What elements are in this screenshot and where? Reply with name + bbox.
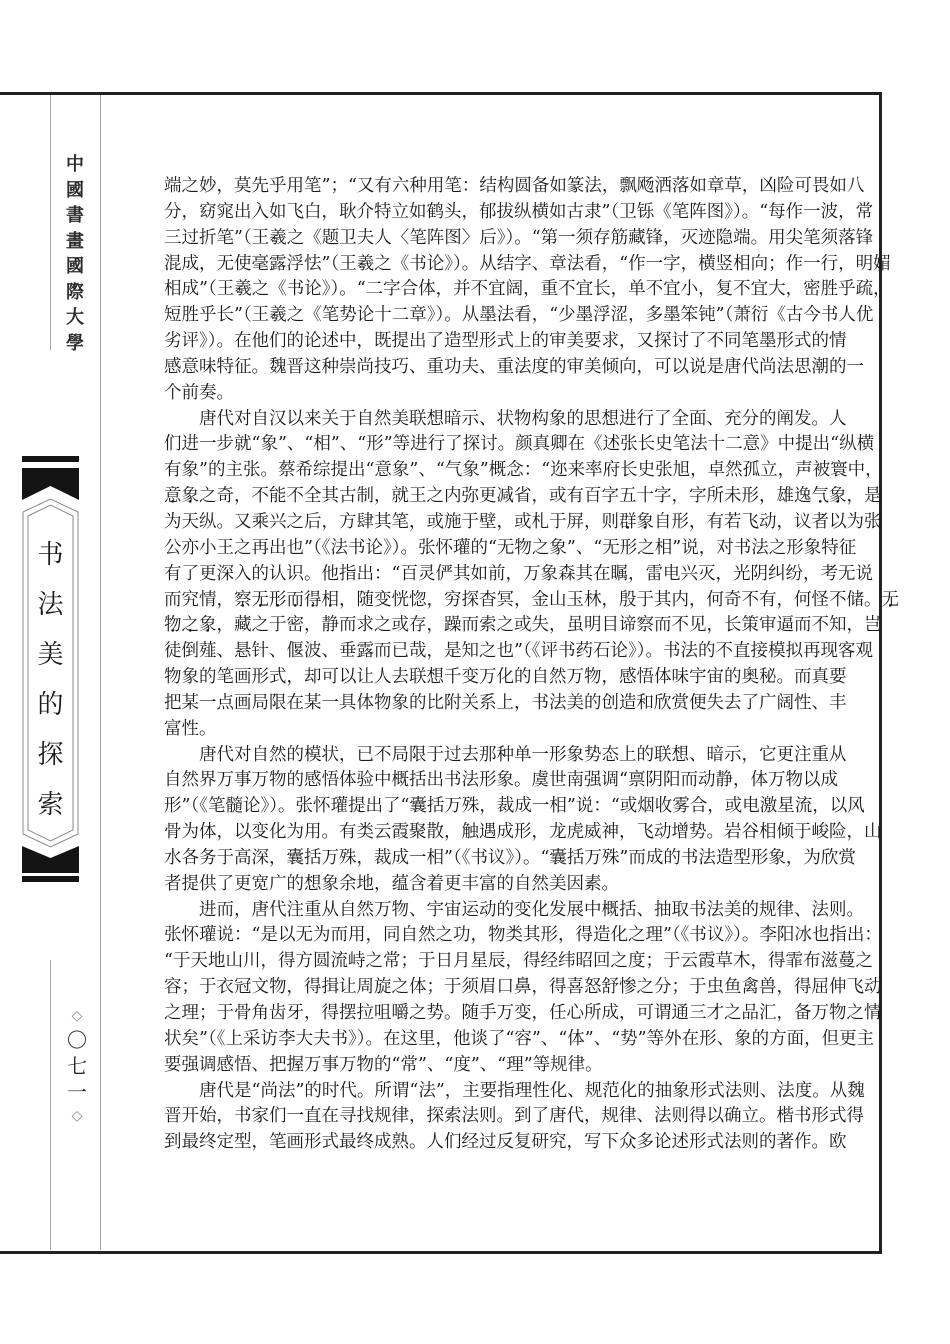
text-line: 物象的笔画形式，却可以让人去联想千变万化的自然万物，感悟体味宇宙的奥秘。而真要 [164,665,816,691]
text-line: 进而，唐代注重从自然万物、宇宙运动的变化发展中概括、抽取书法美的规律、法则。 [164,898,816,924]
text-segment: ，随变恍惚，穷探杳冥，金山玉林，殷于其内，何奇不有，何怪不储。 [339,590,882,610]
sidebar-divider [100,95,101,1250]
emphasized-char: 形 [269,590,287,610]
text-line: 富性。 [164,717,816,743]
text-line: 自然界万事万物的感悟体验中概括出书法形象。虞世南强调“禀阴阳而动静，体万物以成 [164,768,816,794]
text-line: 混成，无使毫露浮怯”（王羲之《书论》）。从结字、章法看，“作一字，横竖相向；作一… [164,252,816,278]
text-line: 容；于衣冠文物，得揖让周旋之体；于须眉口鼻，得喜怒舒惨之分；于虫鱼禽兽，得屈伸飞… [164,975,816,1001]
text-line: 状矣”（《上采访李大夫书》）。在这里，他谈了“容”、“体”、“势”等外在形、象的… [164,1027,816,1053]
text-line: 意象之奇，不能不全其古制，就王之内弥更减省，或有百字五十字，字所未形，雄逸气象，… [164,484,816,510]
emphasized-char: 无 [252,590,270,610]
text-line: 张怀瓘说：“是以无为而用，同自然之功，物类其形，得造化之理”（《书议》）。李阳冰… [164,923,816,949]
text-line: 水各务于高深，囊括万殊，裁成一相”（《书议》）。“囊括万殊”而成的书法造型形象，… [164,846,816,872]
diamond-icon: ◇ [62,1105,92,1127]
sidebar-rule-top [50,95,51,350]
emphasized-char: 象 [182,486,200,506]
emphasized-char: 察 [234,590,252,610]
emphasized-char: 而 [287,590,305,610]
page-digit: 七 [62,1053,92,1079]
emphasized-char: 相 [322,590,340,610]
text-line: 者提供了更宽广的想象余地，蕴含着更丰富的自然美因素。 [164,872,816,898]
title-char: 索 [22,780,79,830]
text-line: 端之妙，莫先乎用笔”；“又有六种用笔：结构圆备如篆法，飘飏洒落如章草，凶险可畏如… [164,174,816,200]
school-char: 畫 [62,229,88,255]
title-char: 探 [22,730,79,780]
text-line: 而究情，察无形而得相，随变恍惚，穷探杳冥，金山玉林，殷于其内，何奇不有，何怪不储… [164,588,816,614]
school-char: 際 [62,280,88,306]
school-char: 中 [62,152,88,178]
emphasized-char: 象 [637,512,655,532]
title-char: 美 [22,630,79,680]
text-segment: 而究情， [164,590,234,610]
page-digit: 一 [62,1079,92,1105]
text-line: 个前奏。 [164,381,816,407]
body-text: 端之妙，莫先乎用笔”；“又有六种用笔：结构圆备如篆法，飘飏洒落如章草，凶险可畏如… [164,174,816,1156]
text-line: 物之象，藏之于密，静而求之或存，躁而索之或失，虽明目谛察而不见，长策审逼而不知，… [164,613,816,639]
text-line: 劣评》）。在他们的论述中，既提出了造型形式上的审美要求，又探讨了不同笔墨形式的情 [164,329,816,355]
text-segment: ，藏之于密，静而求之或存，躁而索之或失，虽明目谛察而不见，长策审逼而不知，岂 [217,615,882,635]
text-line: 分，窈窕出入如飞白，耿介特立如鹤头，郁拔纵横如古隶”（卫铄《笔阵图》）。“每作一… [164,200,816,226]
text-line: 公亦小王之再出也”（《法书论》）。张怀瓘的“无物之象”、“无形之相”说，对书法之… [164,536,816,562]
title-char: 的 [22,680,79,730]
text-line: 相成”（王羲之《书论》）。“二字合体，并不宜阔，重不宜长，单不宜小，复不宜大，密… [164,277,816,303]
book-title: 书 法 美 的 探 索 [22,530,79,830]
title-cap-bar-bottom [22,876,79,882]
text-line: 短胜乎长”（王羲之《笔势论十二章》）。从墨法看，“少墨浮涩，多墨笨钝”（萧衍《古… [164,303,816,329]
text-line: 骨为体，以变化为用。有类云霞聚散，触遇成形，龙虎威神，飞动增势。岩谷相倾于峻险，… [164,820,816,846]
text-segment: ，是 [847,486,882,506]
school-char: 大 [62,305,88,331]
text-line: 有象”的主张。蔡希综提出“意象”、“气象”概念：“迩来率府长史张旭，卓然孤立，声… [164,458,816,484]
emphasized-char: 物 [164,615,182,635]
sidebar-rule-bottom [50,960,51,1250]
page-digit: 〇 [62,1027,92,1053]
text-line: 要强调感悟、把握万事万物的“常”、“度”、“理”等规律。 [164,1053,816,1079]
emphasized-char: 意 [164,486,182,506]
school-char: 書 [62,203,88,229]
school-char: 學 [62,331,88,357]
title-char: 法 [22,580,79,630]
school-char: 國 [62,178,88,204]
emphasized-char: 象 [199,615,217,635]
emphasized-char: 无 [882,590,900,610]
diamond-icon: ◇ [62,1005,92,1027]
text-line: 有了更深入的认识。他指出：“百灵俨其如前，万象森其在瞩，雷电兴灭，光阴纠纷，考无… [164,562,816,588]
text-line: 三过折笔”（王羲之《题卫夫人〈笔阵图〉后》）。“第一须存筋藏锋，灭迹隐端。用尖笔… [164,226,816,252]
emphasized-char: 得 [304,590,322,610]
emphasized-char: 象 [829,486,847,506]
text-line: 为天纵。又乘兴之后，方肆其笔，或施于壁，或札于屏，则群象自形，有若飞动，议者以为… [164,510,816,536]
text-line: “于天地山川，得方圆流峙之常；于日月星辰，得经纬昭回之度；于云霞草木，得霏布滋蔓… [164,949,816,975]
page-number: ◇ 〇 七 一 ◇ [62,1005,92,1127]
text-line: 唐代对自然的模状，已不局限于过去那种单一形象势态上的联想、暗示，它更注重从 [164,743,816,769]
school-name: 中 國 書 畫 國 際 大 學 [62,152,88,356]
text-line: 把某一点画局限在某一具体物象的比附关系上，书法美的创造和欣赏便失去了广阔性、丰 [164,691,816,717]
text-segment: 为天纵。又乘兴之后，方肆其笔，或施于壁，或札于屏，则 [164,512,619,532]
school-char: 國 [62,254,88,280]
text-line: 形”（《笔髓论》）。张怀瓘提出了“囊括万殊，裁成一相”说：“或烟收雾合，或电激星… [164,794,816,820]
title-char: 书 [22,530,79,580]
text-line: 唐代对自汉以来关于自然美联想暗示、状物构象的思想进行了全面、充分的阐发。人 [164,407,816,433]
text-line: 晋开始，书家们一直在寻找规律，探索法则。到了唐代，规律、法则得以确立。楷书形式得 [164,1104,816,1130]
emphasized-char: 之 [182,615,200,635]
text-line: 到最终定型，笔画形式最终成熟。人们经过反复研究，写下众多论述形式法则的著作。欧 [164,1130,816,1156]
emphasized-char: 群 [619,512,637,532]
text-segment: 之奇，不能不全其古制，就王之内弥更减省，或有百字五十字，字所未形，雄逸 [199,486,812,506]
text-line: 徒倒薤、悬针、偃波、垂露而已哉，是知之也”（《评书药石论》）。书法的不直接模拟再… [164,639,816,665]
text-line: 之理；于骨角齿牙，得摆拉咀嚼之势。随手万变，任心所成，可谓通三才之品汇，备万物之… [164,1001,816,1027]
emphasized-char: 气 [812,486,830,506]
text-line: 感意味特征。魏晋这种崇尚技巧、重功夫、重法度的审美倾向，可以说是唐代尚法思潮的一 [164,355,816,381]
text-line: 们进一步就“象”、“相”、“形”等进行了探讨。颜真卿在《述张长史笔法十二意》中提… [164,432,816,458]
text-segment: 自形，有若飞动，议者以为张 [654,512,882,532]
title-cap-bar-top [22,456,79,462]
text-line: 唐代是“尚法”的时代。所谓“法”，主要指理性化、规范化的抽象形式法则、法度。从魏 [164,1079,816,1105]
